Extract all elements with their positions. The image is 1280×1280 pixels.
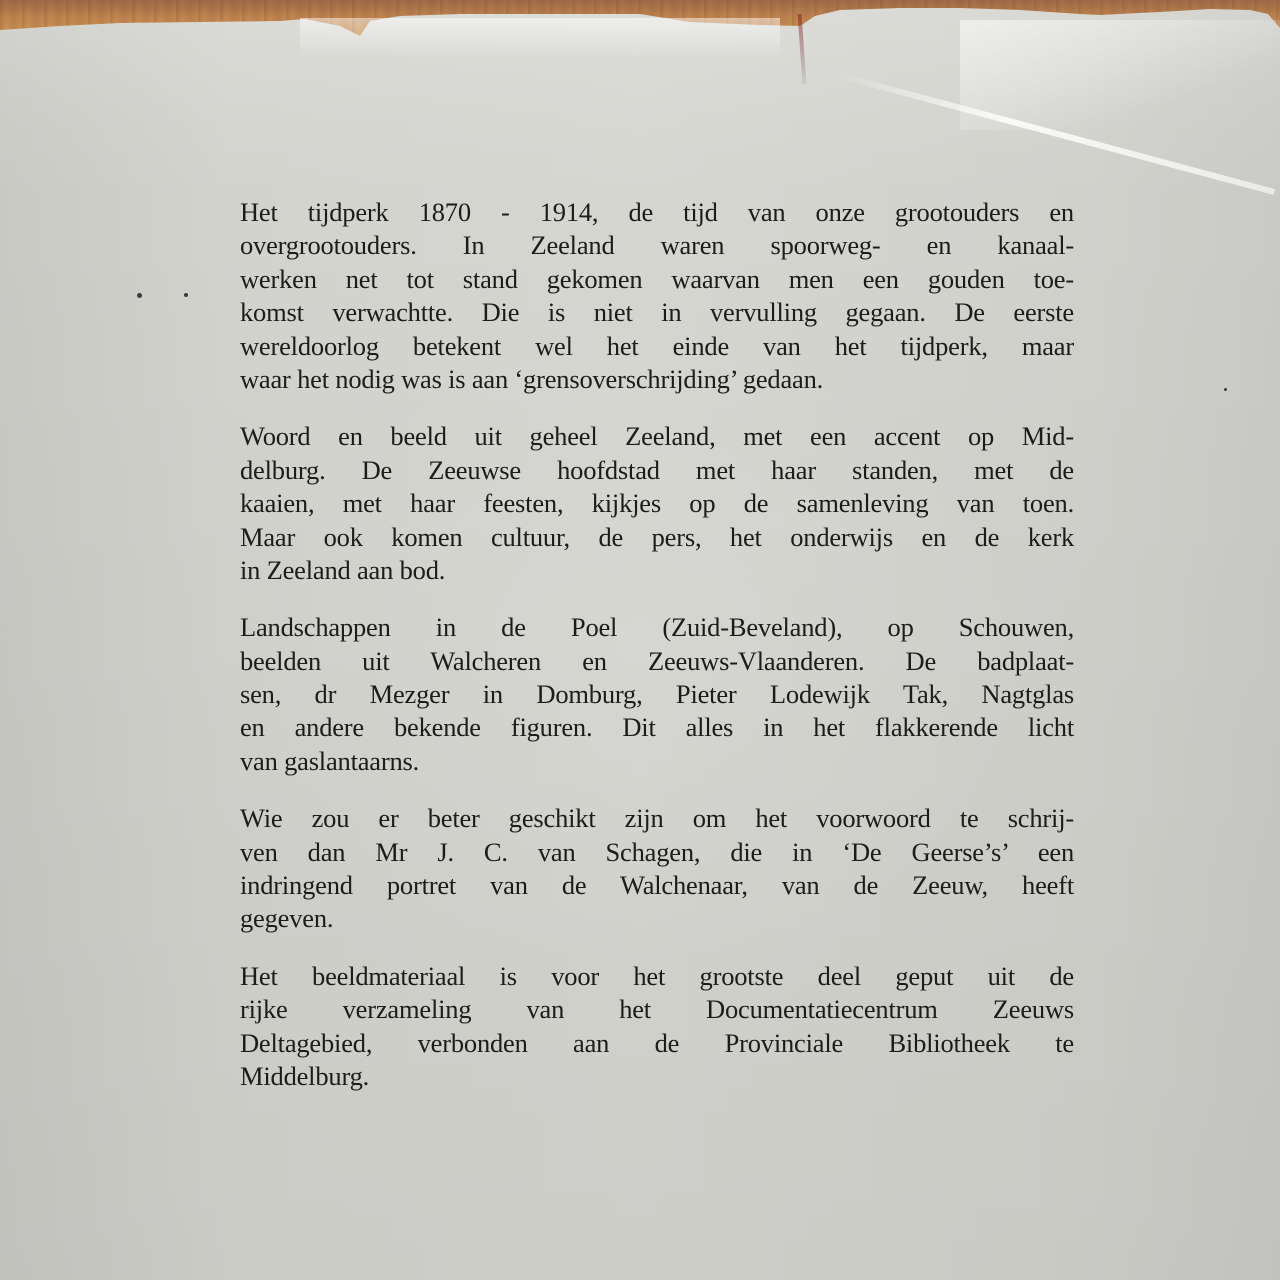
text-line: Landschappen in de Poel (Zuid-Beveland),… (240, 611, 1074, 644)
text-line: wereldoorlog betekent wel het einde van … (240, 330, 1074, 363)
text-line: Het beeldmateriaal is voor het grootste … (240, 960, 1074, 993)
text-line: gegeven. (240, 902, 1074, 935)
text-line: Wie zou er beter geschikt zijn om het vo… (240, 802, 1074, 835)
paper-speck (1224, 388, 1227, 391)
text-line: Deltagebied, verbonden aan de Provincial… (240, 1027, 1074, 1060)
flap-text: Het tijdperk 1870 - 1914, de tijd van on… (240, 196, 1074, 1117)
text-line: ven dan Mr J. C. van Schagen, die in ‘De… (240, 836, 1074, 869)
text-line: waar het nodig was is aan ‘grensoverschr… (240, 363, 1074, 396)
text-line: delburg. De Zeeuwse hoofdstad met haar s… (240, 454, 1074, 487)
paragraph-foreword: Wie zou er beter geschikt zijn om het vo… (240, 802, 1074, 936)
text-line: van gaslantaarns. (240, 745, 1074, 778)
paragraph-sources: Het beeldmateriaal is voor het grootste … (240, 960, 1074, 1094)
text-line: rijke verzameling van het Documentatiece… (240, 993, 1074, 1026)
text-line: sen, dr Mezger in Domburg, Pieter Lodewi… (240, 678, 1074, 711)
text-line: werken net tot stand gekomen waarvan men… (240, 263, 1074, 296)
text-line: Het tijdperk 1870 - 1914, de tijd van on… (240, 196, 1074, 229)
paragraph-landscapes: Landschappen in de Poel (Zuid-Beveland),… (240, 611, 1074, 778)
text-line: overgrootouders. In Zeeland waren spoorw… (240, 229, 1074, 262)
paper-speck (184, 293, 188, 297)
text-line: Maar ook komen cultuur, de pers, het ond… (240, 521, 1074, 554)
text-line: beelden uit Walcheren en Zeeuws-Vlaander… (240, 645, 1074, 678)
text-line: en andere bekende figuren. Dit alles in … (240, 711, 1074, 744)
text-line: Middelburg. (240, 1060, 1074, 1093)
paragraph-middelburg: Woord en beeld uit geheel Zeeland, met e… (240, 420, 1074, 587)
text-line: indringend portret van de Walchenaar, va… (240, 869, 1074, 902)
paragraph-era: Het tijdperk 1870 - 1914, de tijd van on… (240, 196, 1074, 396)
text-line: kaaien, met haar feesten, kijkjes op de … (240, 487, 1074, 520)
text-line: komst verwachtte. Die is niet in vervull… (240, 296, 1074, 329)
text-line: in Zeeland aan bod. (240, 554, 1074, 587)
text-line: Woord en beeld uit geheel Zeeland, met e… (240, 420, 1074, 453)
paper-speck (137, 293, 142, 298)
